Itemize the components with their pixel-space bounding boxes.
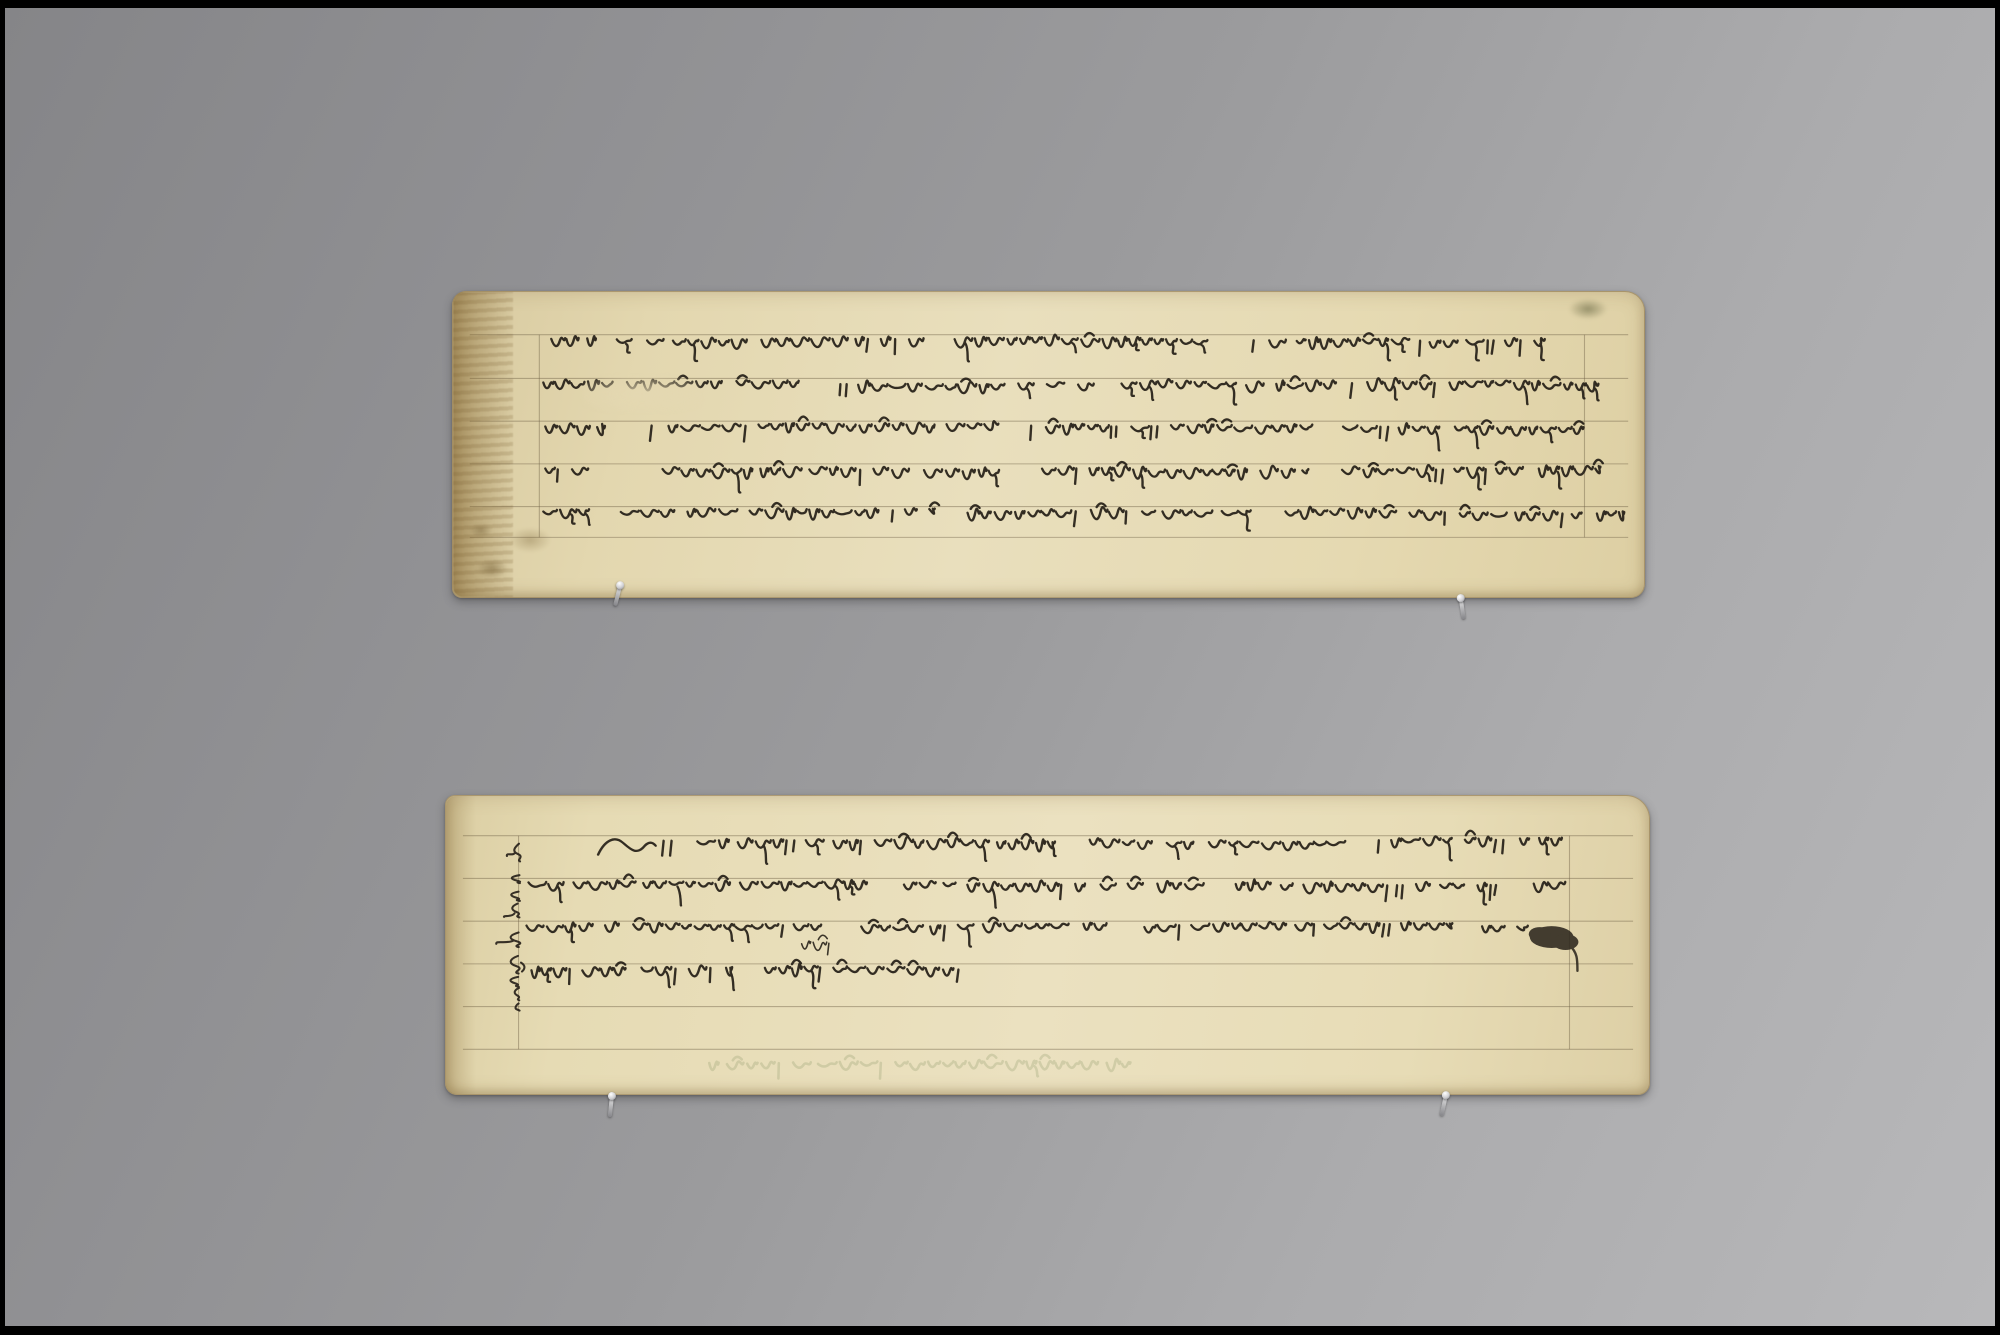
ruled-guidelines bbox=[463, 836, 1633, 1050]
gray-studio-board: Photograph of two handwritten Tibetan ma… bbox=[0, 0, 2000, 1335]
marginal-inscription bbox=[496, 844, 524, 1011]
mounting-pin-bottom-left bbox=[603, 1091, 620, 1118]
pin-head bbox=[1456, 594, 1465, 603]
manuscript-leaf-bottom bbox=[445, 795, 1650, 1095]
handwritten-text-lines bbox=[543, 333, 1625, 531]
interlinear-note bbox=[802, 935, 829, 954]
handwritten-text-lines bbox=[526, 831, 1566, 991]
handwriting-layer-bottom bbox=[446, 796, 1649, 1094]
pin-head bbox=[607, 1092, 616, 1101]
ghost-offset-text bbox=[709, 1055, 1130, 1079]
handwriting-layer-top bbox=[453, 292, 1644, 597]
manuscript-leaf-top bbox=[452, 291, 1645, 598]
ruled-guidelines bbox=[470, 335, 1628, 538]
